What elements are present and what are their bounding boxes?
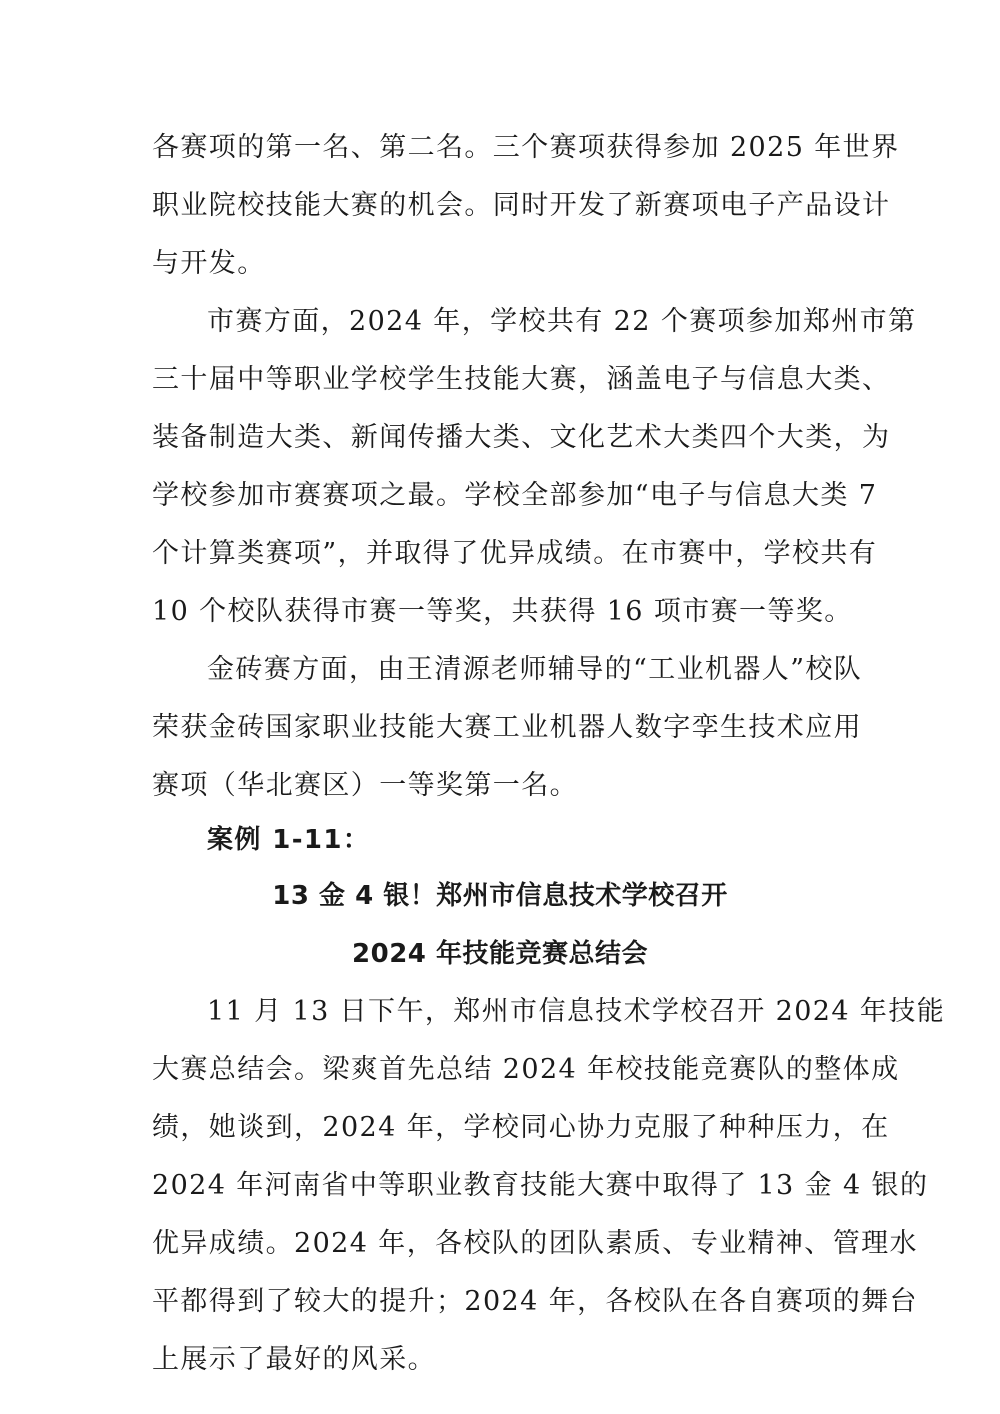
paragraph-line: 学校参加市赛赛项之最。学校全部参加“电子与信息大类 7 [152,476,852,516]
case-label: 案例 1-11： [207,820,507,860]
paragraph-line: 与开发。 [152,244,852,284]
paragraph-line: 赛项（华北赛区）一等奖第一名。 [152,766,852,806]
case-title-line: 13 金 4 银！郑州市信息技术学校召开 [0,876,1000,916]
paragraph-line: 装备制造大类、新闻传播大类、文化艺术大类四个大类，为 [152,418,852,458]
paragraph-line: 10 个校队获得市赛一等奖，共获得 16 项市赛一等奖。 [152,592,852,632]
paragraph-line: 各赛项的第一名、第二名。三个赛项获得参加 2025 年世界 [152,128,852,168]
case-title-line: 2024 年技能竞赛总结会 [0,934,1000,974]
paragraph-line: 金砖赛方面，由王清源老师辅导的“工业机器人”校队 [207,650,852,690]
paragraph-line: 平都得到了较大的提升；2024 年，各校队在各自赛项的舞台 [152,1282,852,1322]
paragraph-line: 市赛方面，2024 年，学校共有 22 个赛项参加郑州市第 [207,302,852,342]
document-page: 各赛项的第一名、第二名。三个赛项获得参加 2025 年世界 职业院校技能大赛的机… [0,0,1000,1414]
paragraph-line: 2024 年河南省中等职业教育技能大赛中取得了 13 金 4 银的 [152,1166,852,1206]
paragraph-line: 三十届中等职业学校学生技能大赛，涵盖电子与信息大类、 [152,360,852,400]
paragraph-line: 职业院校技能大赛的机会。同时开发了新赛项电子产品设计 [152,186,852,226]
paragraph-line: 荣获金砖国家职业技能大赛工业机器人数字孪生技术应用 [152,708,852,748]
paragraph-line: 大赛总结会。梁爽首先总结 2024 年校技能竞赛队的整体成 [152,1050,852,1090]
paragraph-line: 上展示了最好的风采。 [152,1340,852,1380]
paragraph-line: 11 月 13 日下午，郑州市信息技术学校召开 2024 年技能 [207,992,852,1032]
paragraph-line: 个计算类赛项”，并取得了优异成绩。在市赛中，学校共有 [152,534,852,574]
paragraph-line: 优异成绩。2024 年，各校队的团队素质、专业精神、管理水 [152,1224,852,1264]
paragraph-line: 绩，她谈到，2024 年，学校同心协力克服了种种压力，在 [152,1108,852,1148]
